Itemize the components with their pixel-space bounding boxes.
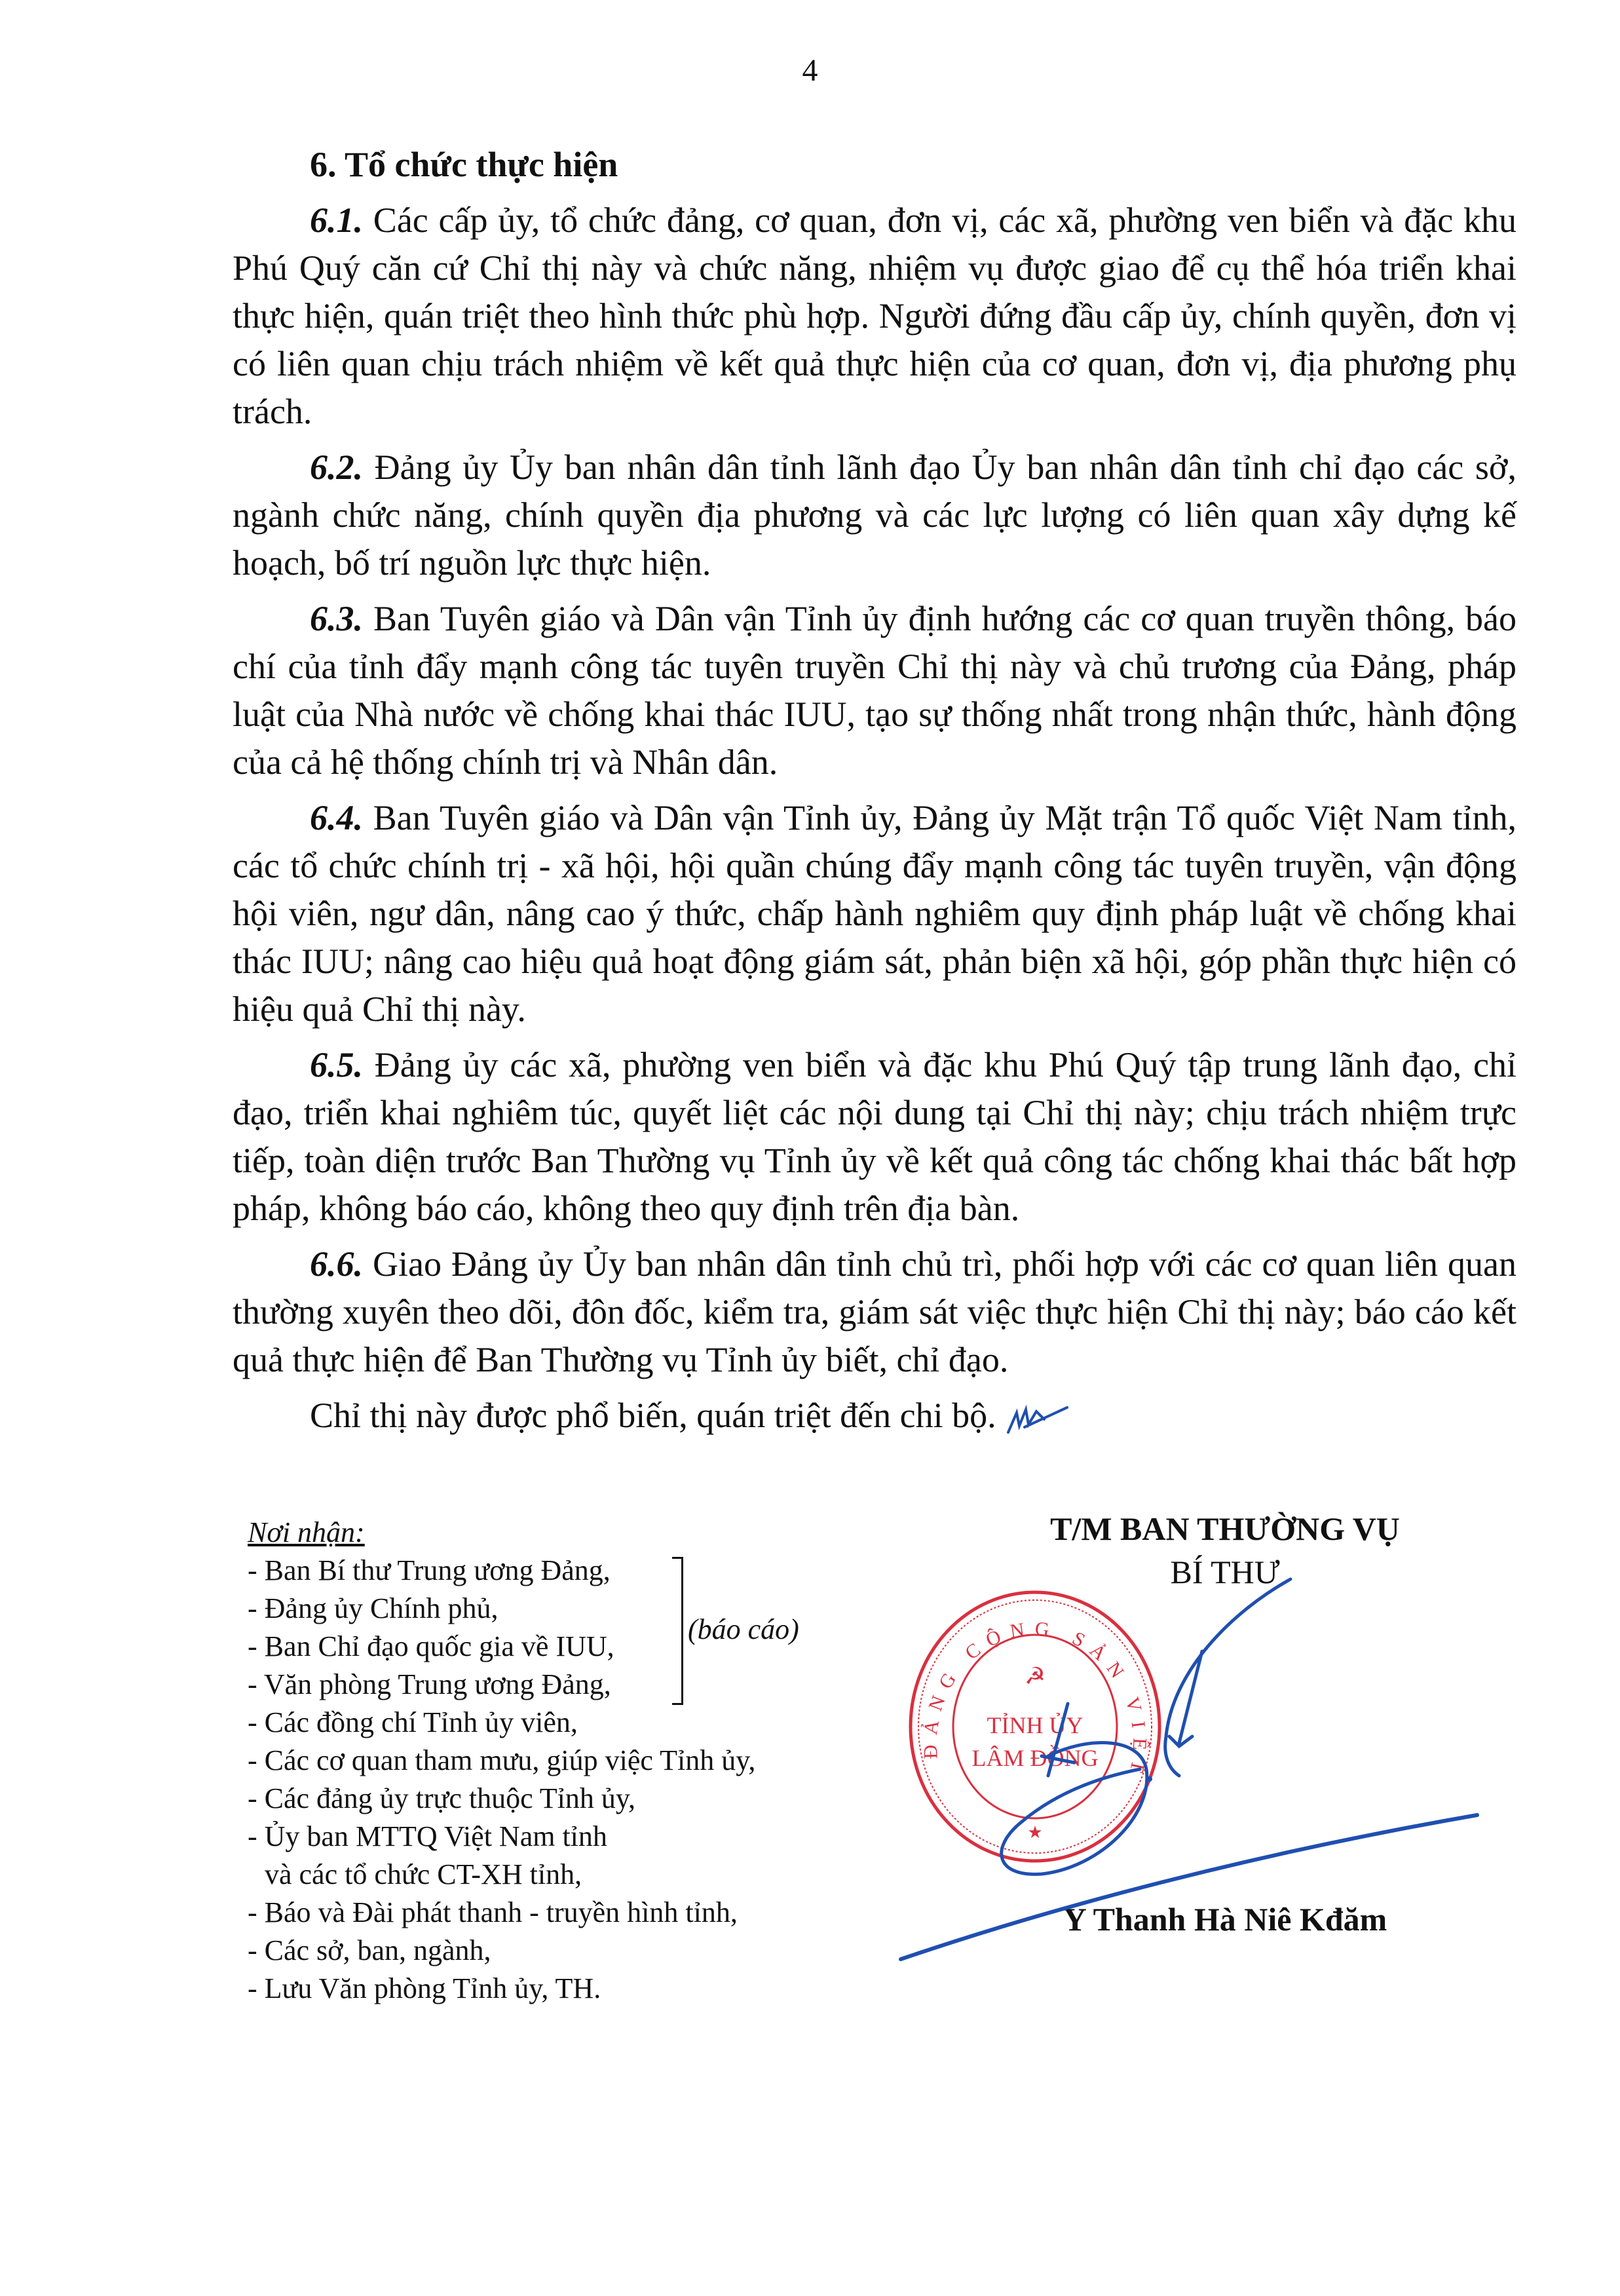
paragraph-text: Đảng ủy Ủy ban nhân dân tỉnh lãnh đạo Ủy…: [233, 448, 1516, 583]
paragraph-6-2: 6.2. Đảng ủy Ủy ban nhân dân tỉnh lãnh đ…: [233, 444, 1516, 587]
paragraph-number: 6.3.: [310, 599, 363, 638]
recipient-item: - Văn phòng Trung ương Đảng,: [248, 1666, 837, 1704]
closing-text: Chỉ thị này được phổ biến, quán triệt đế…: [310, 1396, 996, 1435]
handwritten-signature: [891, 1540, 1480, 1966]
recipient-item: - Báo và Đài phát thanh - truyền hình tỉ…: [248, 1894, 837, 1932]
closing-statement: Chỉ thị này được phổ biến, quán triệt đế…: [233, 1392, 1516, 1440]
paragraph-number: 6.2.: [310, 448, 363, 487]
document-body: 6. Tổ chức thực hiện 6.1. Các cấp ủy, tổ…: [233, 141, 1516, 1440]
paragraph-text: Đảng ủy các xã, phường ven biển và đặc k…: [233, 1045, 1516, 1228]
recipient-item: - Ban Bí thư Trung ương Đảng,: [248, 1552, 837, 1590]
paragraph-number: 6.4.: [310, 798, 363, 837]
paragraph-text: Giao Đảng ủy Ủy ban nhân dân tỉnh chủ tr…: [233, 1244, 1516, 1379]
section-heading: 6. Tổ chức thực hiện: [233, 141, 1516, 189]
recipient-item: và các tổ chức CT-XH tỉnh,: [248, 1856, 837, 1894]
paragraph-text: Các cấp ủy, tổ chức đảng, cơ quan, đơn v…: [233, 201, 1516, 431]
recipient-item: - Lưu Văn phòng Tỉnh ủy, TH.: [248, 1970, 837, 2008]
recipient-item: - Các sở, ban, ngành,: [248, 1932, 837, 1970]
paragraph-6-3: 6.3. Ban Tuyên giáo và Dân vận Tỉnh ủy đ…: [233, 595, 1516, 786]
paragraph-6-6: 6.6. Giao Đảng ủy Ủy ban nhân dân tỉnh c…: [233, 1240, 1516, 1384]
recipient-item: - Các đảng ủy trực thuộc Tỉnh ủy,: [248, 1780, 837, 1818]
paragraph-number: 6.1.: [310, 201, 363, 240]
recipient-item: - Các đồng chí Tỉnh ủy viên,: [248, 1704, 837, 1742]
paragraph-number: 6.5.: [310, 1045, 363, 1084]
initials-mark-icon: [1005, 1400, 1077, 1439]
recipient-item: - Ủy ban MTTQ Việt Nam tỉnh: [248, 1818, 837, 1856]
recipients-bracketed-group: - Ban Bí thư Trung ương Đảng, - Đảng ủy …: [248, 1552, 837, 1704]
bracket-icon: [672, 1557, 683, 1705]
paragraph-number: 6.6.: [310, 1244, 363, 1284]
recipients-list: Nơi nhận: - Ban Bí thư Trung ương Đảng, …: [248, 1514, 837, 2008]
paragraph-6-1: 6.1. Các cấp ủy, tổ chức đảng, cơ quan, …: [233, 197, 1516, 436]
page-number: 4: [0, 52, 1620, 88]
paragraph-6-5: 6.5. Đảng ủy các xã, phường ven biển và …: [233, 1041, 1516, 1233]
paragraph-text: Ban Tuyên giáo và Dân vận Tỉnh ủy, Đảng …: [233, 798, 1516, 1029]
paragraph-6-4: 6.4. Ban Tuyên giáo và Dân vận Tỉnh ủy, …: [233, 794, 1516, 1033]
recipient-item: - Các cơ quan tham mưu, giúp việc Tỉnh ủ…: [248, 1742, 837, 1780]
recipients-title: Nơi nhận:: [248, 1514, 837, 1552]
paragraph-text: Ban Tuyên giáo và Dân vận Tỉnh ủy định h…: [233, 599, 1516, 782]
bracket-label: (báo cáo): [688, 1611, 799, 1649]
